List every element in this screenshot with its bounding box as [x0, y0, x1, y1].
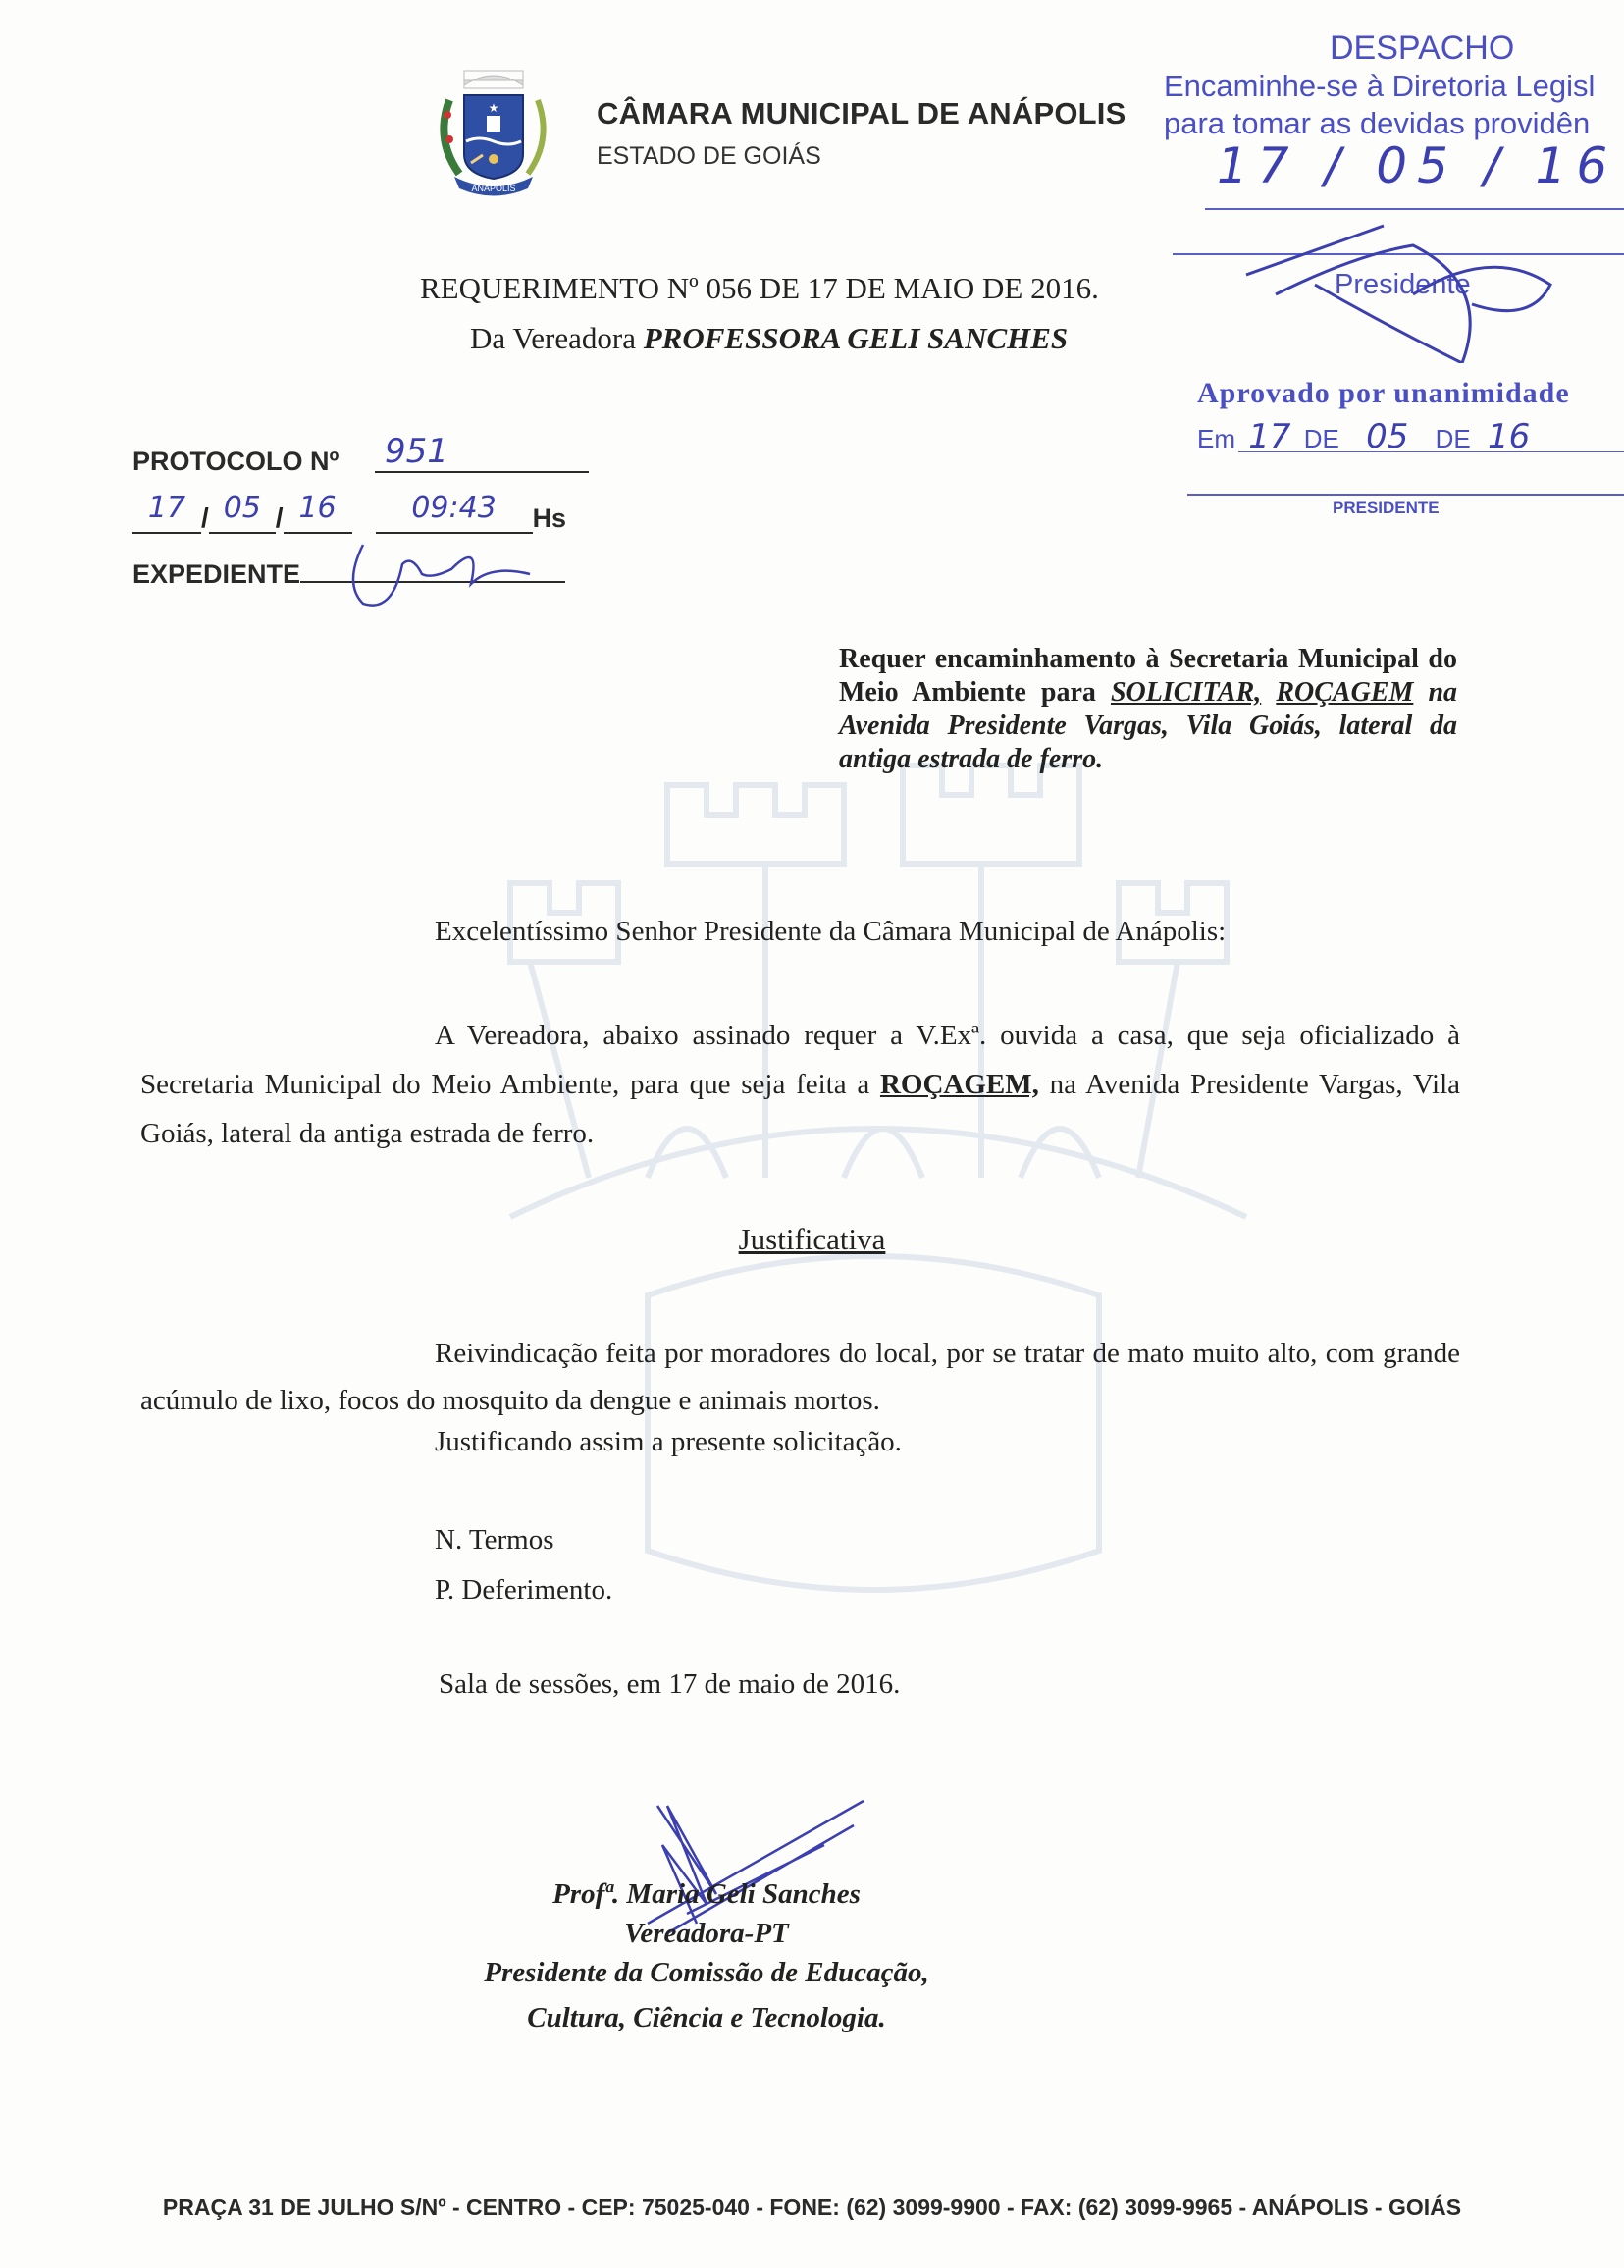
despacho-stamp-title: DESPACHO [1330, 29, 1514, 68]
justificativa-close: Justificando assim a presente solicitaçã… [435, 1426, 902, 1458]
municipal-crest-icon: ★ ANÁPOLIS [430, 61, 557, 208]
requerimento-author: Da Vereadora PROFESSORA GELI SANCHES [470, 321, 1068, 356]
protocolo-label: PROTOCOLO Nº [132, 447, 339, 477]
signature-title1: Presidente da Comissão de Educação, [412, 1953, 1001, 1992]
institution-state: ESTADO DE GOIÁS [597, 142, 821, 171]
expediente-label: EXPEDIENTE [132, 559, 300, 589]
despacho-date-rule [1205, 208, 1624, 210]
svg-text:★: ★ [489, 101, 499, 115]
closing-n-termos: N. Termos [435, 1524, 553, 1556]
ementa: Requer encaminhamento à Secretaria Munic… [839, 643, 1457, 776]
approval-signature-rule [1187, 494, 1624, 496]
approval-month: 05 [1366, 417, 1408, 456]
approval-date-rule [1238, 451, 1624, 452]
despacho-stamp-line2: para tomar as devidas providên [1164, 106, 1590, 141]
despacho-handwritten-date: 17 / 05 / 16 [1217, 137, 1617, 194]
closing-p-deferimento: P. Deferimento. [435, 1574, 612, 1607]
protocolo-number-field: 951 [375, 432, 589, 473]
request-paragraph: A Vereadora, abaixo assinado requer a V.… [140, 1011, 1460, 1158]
requerimento-title: REQUERIMENTO Nº 056 DE 17 DE MAIO DE 201… [420, 271, 1099, 306]
approval-em-label: Em [1197, 424, 1235, 453]
institution-name: CÂMARA MUNICIPAL DE ANÁPOLIS [597, 96, 1126, 132]
salutation: Excelentíssimo Senhor Presidente da Câma… [435, 916, 1226, 948]
svg-text:ANÁPOLIS: ANÁPOLIS [471, 184, 515, 193]
protocolo-number: 951 [385, 432, 448, 471]
despacho-stamp-line1: Encaminhe-se à Diretoria Legisl [1164, 69, 1595, 104]
approval-year: 16 [1488, 417, 1530, 456]
approval-stamp-text: Aprovado por unanimidade [1197, 377, 1570, 410]
ementa-rocagem: ROÇAGEM [1276, 677, 1413, 708]
request-rocagem: ROÇAGEM, [880, 1069, 1039, 1100]
despacho-signature-icon [1236, 216, 1570, 363]
signature-role: Vereadora-PT [412, 1914, 1001, 1953]
approval-stamp-role: PRESIDENTE [1333, 499, 1440, 518]
justificativa-title: Justificativa [0, 1222, 1624, 1257]
approval-de-label: DE [1304, 424, 1339, 453]
signature-block: Profª. Maria Geli Sanches Vereadora-PT P… [412, 1874, 1001, 2037]
justificativa-text: Reivindicação feita por moradores do loc… [140, 1338, 1460, 1416]
approval-day: 17 [1248, 417, 1290, 456]
approval-de-label: DE [1436, 424, 1471, 453]
signature-name: Profª. Maria Geli Sanches [412, 1874, 1001, 1914]
protocolo-day: 17 [132, 491, 201, 534]
approval-stamp-date: Em 17 DE 05 DE 16 [1197, 417, 1530, 456]
justificativa-paragraph: Reivindicação feita por moradores do loc… [140, 1330, 1460, 1424]
expediente-initials-icon [324, 525, 550, 613]
author-prefix: Da Vereadora [470, 321, 636, 355]
ementa-solicitar: SOLICITAR, [1111, 677, 1261, 708]
signature-title2: Cultura, Ciência e Tecnologia. [412, 1998, 1001, 2037]
place-date: Sala de sessões, em 17 de maio de 2016. [439, 1668, 900, 1701]
author-name: PROFESSORA GELI SANCHES [644, 321, 1068, 355]
footer-address: PRAÇA 31 DE JULHO S/Nº - CENTRO - CEP: 7… [0, 2194, 1624, 2221]
castle-watermark-icon [471, 667, 1276, 1649]
protocolo-month: 05 [209, 491, 276, 534]
